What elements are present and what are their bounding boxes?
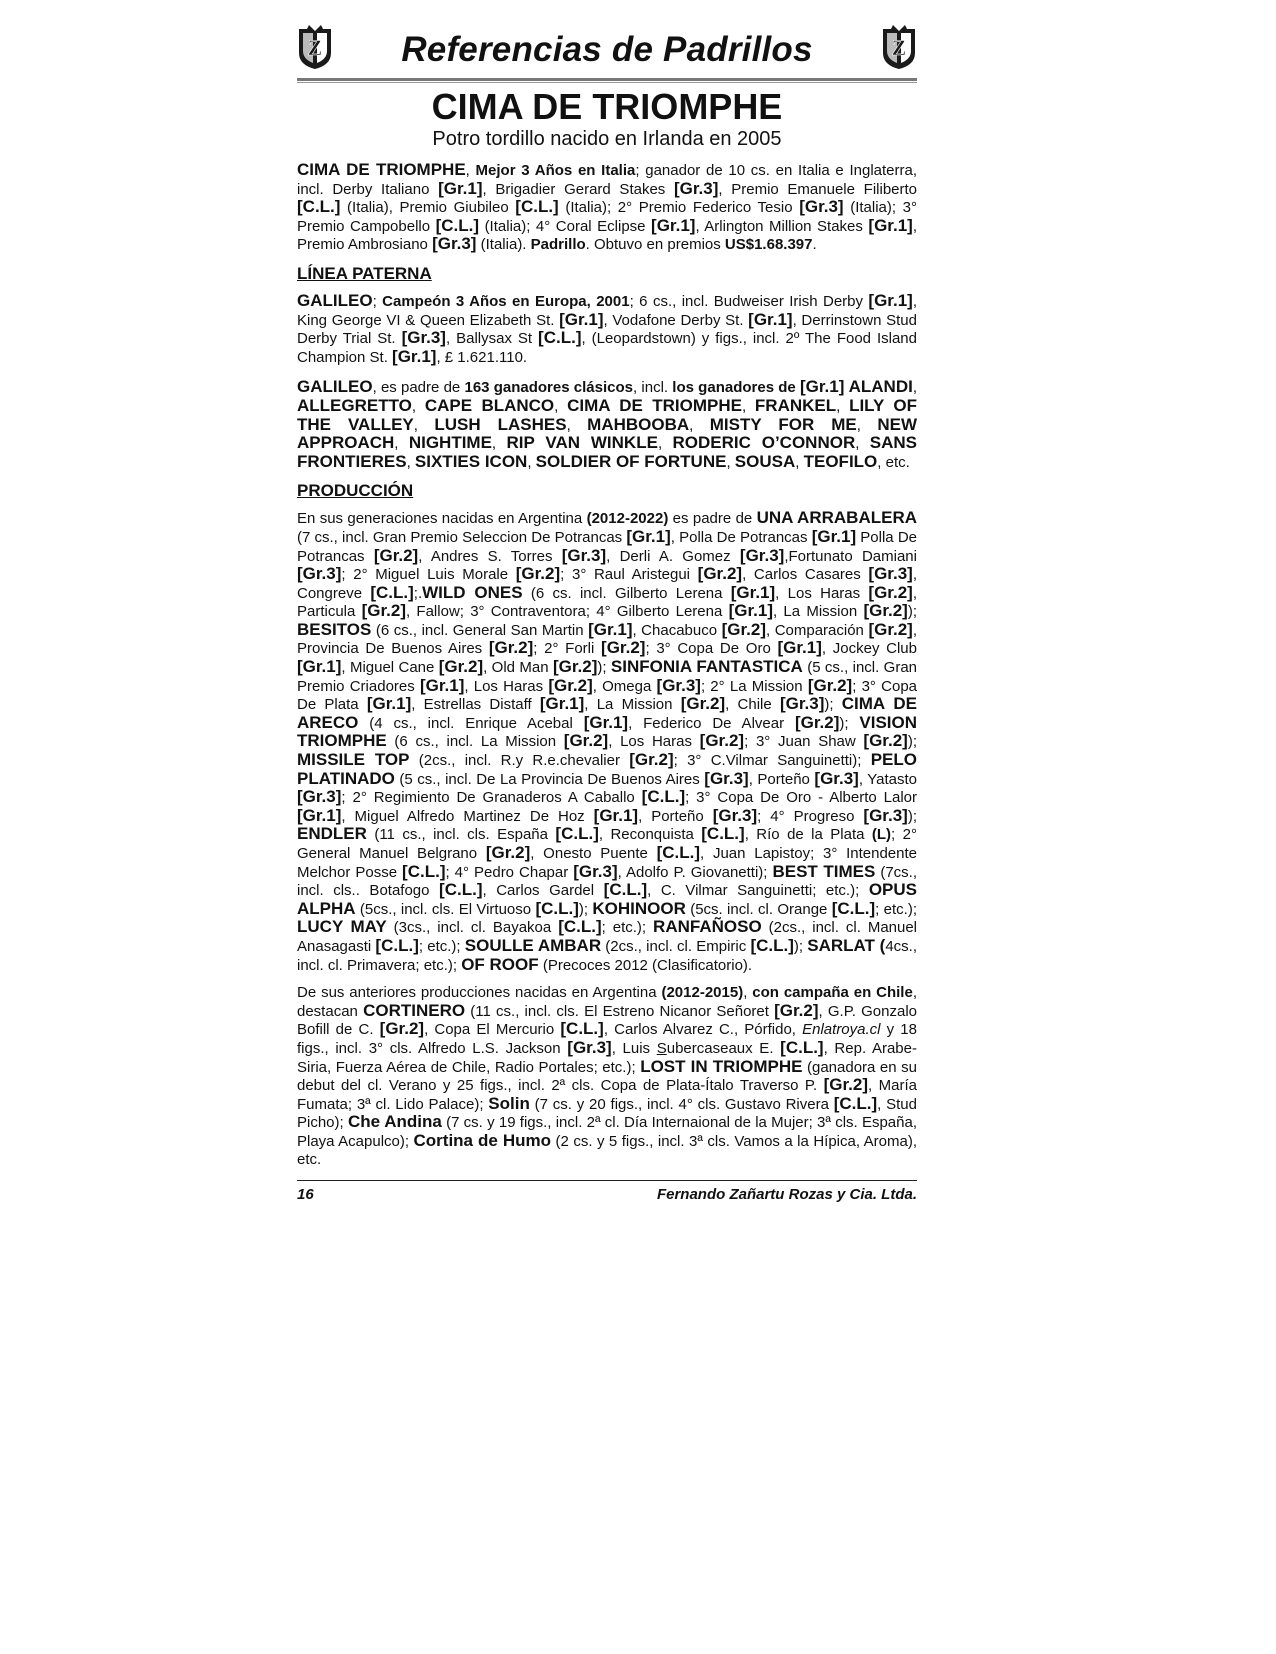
horse-name-mention: MAHBOOBA: [587, 415, 689, 434]
horse-name-mention: KOHINOOR: [592, 899, 686, 918]
race-grade-label: [Gr.1]: [584, 713, 628, 732]
horse-name-mention: UNA ARRABALERA: [757, 508, 917, 527]
horse-name-mention: CIMA DE TRIOMPHE: [567, 396, 742, 415]
sire-winners-paragraph: GALILEO, es padre de 163 ganadores clási…: [297, 378, 917, 471]
emphasis-text: con campaña en Chile: [752, 984, 913, 1001]
race-grade-label: [Gr.2]: [868, 583, 912, 602]
horse-subtitle: Potro tordillo nacido en Irlanda en 2005: [297, 127, 917, 151]
page-footer: 16 Fernando Zañartu Rozas y Cia. Ltda.: [297, 1186, 917, 1203]
race-grade-label: [Gr.1]: [420, 676, 464, 695]
emphasis-text: US$1.68.397: [725, 236, 813, 253]
race-grade-label: [Gr.3]: [863, 806, 907, 825]
document-page: Z Referencias de Padrillos Z CIMA DE TRI…: [297, 18, 917, 1203]
horse-name-mention: GALILEO: [297, 291, 373, 310]
race-grade-label: [Gr.2]: [374, 546, 418, 565]
page-number: 16: [297, 1186, 314, 1203]
race-grade-label: [Gr.3]: [567, 1038, 611, 1057]
race-grade-label: [Gr.2]: [700, 731, 744, 750]
race-grade-label: [Gr.1]: [594, 806, 638, 825]
race-grade-label: [Gr.2]: [824, 1075, 868, 1094]
horse-name-mention: NIGHTIME: [409, 433, 492, 452]
race-grade-label: [C.L.]: [555, 824, 598, 843]
race-grade-label: [C.L.]: [750, 936, 793, 955]
race-grade-label: [C.L.]: [439, 880, 482, 899]
race-grade-label: [Gr.3]: [573, 862, 617, 881]
race-grade-label: [Gr.2]: [722, 620, 766, 639]
emphasis-text: 163 ganadores clásicos: [464, 379, 633, 396]
race-grade-label: [C.L.]: [642, 787, 685, 806]
horse-name-mention: LUCY MAY: [297, 917, 387, 936]
race-grade-label: [Gr.2]: [553, 657, 597, 676]
race-grade-label: [Gr.1]: [777, 638, 821, 657]
race-grade-label: [Gr.3]: [432, 234, 476, 253]
horse-name-mention: CIMA DE TRIOMPHE: [297, 160, 466, 179]
race-grade-label: [C.L.]: [297, 197, 340, 216]
race-grade-label: [Gr.1]: [297, 657, 341, 676]
emphasis-text: Enlatroya.cl: [802, 1021, 880, 1038]
publisher-name: Fernando Zañartu Rozas y Cia. Ltda.: [657, 1186, 917, 1203]
race-grade-label: [Gr.3]: [799, 197, 843, 216]
horse-name-mention: SINFONIA FANTASTICA: [611, 657, 803, 676]
race-grade-label: [Gr.2]: [681, 694, 725, 713]
sire-paragraph: GALILEO; Campeón 3 Años en Europa, 2001;…: [297, 292, 917, 366]
race-grade-label: [C.L.]: [780, 1038, 823, 1057]
race-grade-label: [Gr.2]: [486, 843, 530, 862]
race-grade-label: [Gr.1]: [588, 620, 632, 639]
emphasis-text: (2012-2022): [587, 510, 669, 527]
horse-name-mention: RIP VAN WINKLE: [506, 433, 658, 452]
race-grade-label: [Gr.2]: [601, 638, 645, 657]
horse-name-mention: LOST IN TRIOMPHE: [640, 1057, 802, 1076]
horse-name-mention: OF ROOF: [461, 955, 538, 974]
svg-text:Z: Z: [892, 35, 907, 60]
race-grade-label: [Gr.3]: [657, 676, 701, 695]
race-grade-label: [Gr.1]: [868, 291, 912, 310]
horse-name-mention: RODERIC O’CONNOR: [672, 433, 855, 452]
horse-name-mention: MISTY FOR ME: [710, 415, 857, 434]
race-grade-label: [Gr.3]: [740, 546, 784, 565]
horse-name-mention: ALLEGRETTO: [297, 396, 412, 415]
horse-name-mention: ALANDI: [849, 377, 913, 396]
horse-name-mention: SARLAT (: [807, 936, 885, 955]
race-grade-label: [Gr.2]: [380, 1019, 424, 1038]
race-grade-label: [Gr.2]: [795, 713, 839, 732]
horse-name: CIMA DE TRIOMPHE: [297, 87, 917, 127]
race-grade-label: [C.L.]: [370, 583, 413, 602]
emphasis-text: Campeón 3 Años en Europa, 2001: [382, 293, 629, 310]
horse-name-mention: GALILEO: [297, 377, 373, 396]
horse-name-mention: SIXTIES ICON: [415, 452, 527, 471]
race-grade-label: [Gr.3]: [868, 564, 912, 583]
race-grade-label: [Gr.1]: [438, 179, 482, 198]
section-heading-production: PRODUCCIÓN: [297, 481, 917, 501]
production-paragraph: En sus generaciones nacidas en Argentina…: [297, 509, 917, 974]
race-grade-label: [Gr.1]: [367, 694, 411, 713]
race-grade-label: [Gr.3]: [674, 179, 718, 198]
race-grade-label: [Gr.2]: [863, 731, 907, 750]
emphasis-text: Mejor 3 Años en Italia: [476, 162, 636, 179]
race-grade-label: [C.L.]: [436, 216, 479, 235]
horse-name-mention: CAPE BLANCO: [425, 396, 554, 415]
emphasis-text: los ganadores de: [672, 379, 800, 396]
race-grade-label: [Gr.1]: [540, 694, 584, 713]
horse-name-mention: WILD ONES: [422, 583, 522, 602]
race-grade-label: [C.L.]: [560, 1019, 603, 1038]
zr-shield-logo-icon: Z: [877, 23, 921, 71]
horse-name-mention: ENDLER: [297, 824, 367, 843]
race-grade-label: [Gr.3]: [562, 546, 606, 565]
horse-name-mention: SOUSA: [735, 452, 795, 471]
race-grade-label: [C.L.]: [402, 862, 445, 881]
race-grade-label: [C.L.]: [558, 917, 601, 936]
race-grade-label: [Gr.1]: [392, 347, 436, 366]
race-grade-label: [C.L.]: [604, 880, 647, 899]
race-grade-label: [Gr.2]: [868, 620, 912, 639]
race-grade-label: [C.L.]: [701, 824, 744, 843]
race-grade-label: [Gr.3]: [297, 787, 341, 806]
race-grade-label: [Gr.1]: [868, 216, 912, 235]
race-grade-label: [Gr.3]: [297, 564, 341, 583]
emphasis-text: Padrillo: [531, 236, 586, 253]
race-grade-label: [C.L.]: [535, 899, 578, 918]
race-grade-label: [C.L.]: [832, 899, 875, 918]
horse-name-mention: Cortina de Humo: [414, 1131, 552, 1150]
horse-name-mention: TEOFILO: [804, 452, 878, 471]
emphasis-text: (L): [872, 826, 891, 843]
race-grade-label: [Gr.2]: [548, 676, 592, 695]
intro-paragraph: CIMA DE TRIOMPHE, Mejor 3 Años en Italia…: [297, 161, 917, 254]
emphasis-text: S: [657, 1040, 667, 1057]
race-grade-label: [Gr.1]: [297, 806, 341, 825]
page-header: Z Referencias de Padrillos Z: [297, 18, 917, 80]
horse-name-mention: MISSILE TOP: [297, 750, 409, 769]
race-grade-label: [Gr.1]: [729, 601, 773, 620]
race-grade-label: [Gr.1]: [800, 377, 844, 396]
race-grade-label: [C.L.]: [515, 197, 558, 216]
race-grade-label: [Gr.2]: [808, 676, 852, 695]
race-grade-label: [Gr.1]: [559, 310, 603, 329]
running-header-title: Referencias de Padrillos: [297, 30, 917, 70]
race-grade-label: [Gr.2]: [863, 601, 907, 620]
horse-name-mention: BEST TIMES: [772, 862, 875, 881]
horse-name-mention: Solin: [488, 1094, 530, 1113]
race-grade-label: [Gr.2]: [439, 657, 483, 676]
race-grade-label: [Gr.1]: [748, 310, 792, 329]
section-heading-paternal-line: LÍNEA PATERNA: [297, 264, 917, 284]
horse-name-mention: SOULLE AMBAR: [465, 936, 601, 955]
race-grade-label: [Gr.2]: [516, 564, 560, 583]
race-grade-label: [Gr.1]: [812, 527, 856, 546]
race-grade-label: [Gr.2]: [698, 564, 742, 583]
race-grade-label: [Gr.1]: [626, 527, 670, 546]
horse-name-mention: RANFAÑOSO: [653, 917, 762, 936]
race-grade-label: [Gr.1]: [731, 583, 775, 602]
horse-name-mention: LUSH LASHES: [434, 415, 566, 434]
race-grade-label: [Gr.3]: [704, 769, 748, 788]
race-grade-label: [C.L.]: [834, 1094, 877, 1113]
race-grade-label: [C.L.]: [538, 328, 581, 347]
race-grade-label: [Gr.2]: [564, 731, 608, 750]
emphasis-text: (2012-2015): [661, 984, 743, 1001]
horse-name-mention: Che Andina: [348, 1112, 442, 1131]
race-grade-label: [Gr.2]: [489, 638, 533, 657]
footer-rule: [297, 1180, 917, 1181]
horse-name-mention: BESITOS: [297, 620, 371, 639]
race-grade-label: [C.L.]: [375, 936, 418, 955]
horse-name-mention: CORTINERO: [363, 1001, 465, 1020]
race-grade-label: [Gr.3]: [713, 806, 757, 825]
horse-name-mention: FRANKEL: [755, 396, 836, 415]
race-grade-label: [Gr.2]: [629, 750, 673, 769]
race-grade-label: [Gr.3]: [814, 769, 858, 788]
horse-name-mention: SOLDIER OF FORTUNE: [536, 452, 727, 471]
race-grade-label: [Gr.3]: [780, 694, 824, 713]
chile-production-paragraph: De sus anteriores producciones nacidas e…: [297, 984, 917, 1168]
race-grade-label: [Gr.3]: [402, 328, 446, 347]
race-grade-label: [Gr.2]: [774, 1001, 818, 1020]
race-grade-label: [C.L.]: [657, 843, 700, 862]
race-grade-label: [Gr.1]: [651, 216, 695, 235]
race-grade-label: [Gr.2]: [362, 601, 406, 620]
